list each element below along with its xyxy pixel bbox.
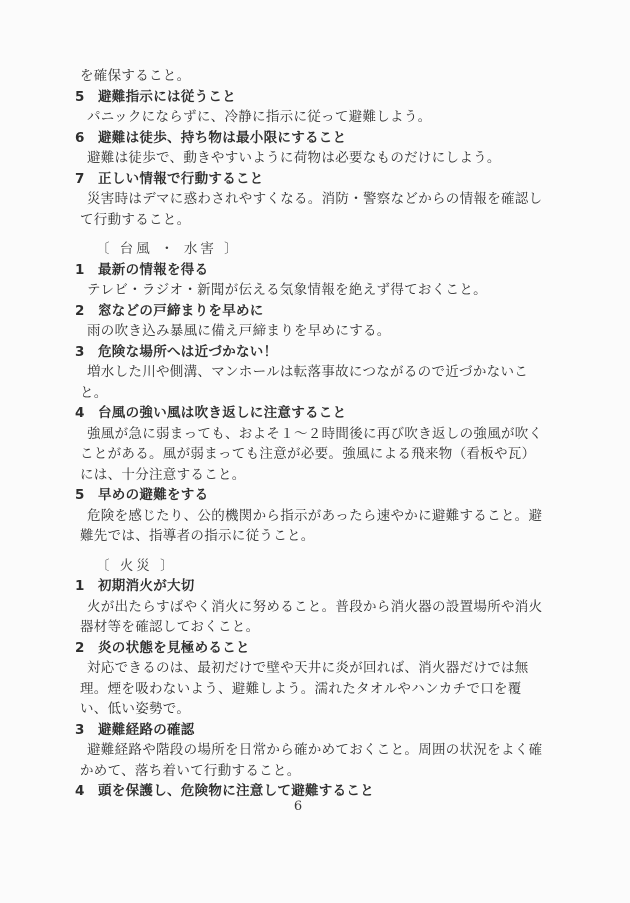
paragraph-first-line: 避難は徒歩で、動きやすいように荷物は必要なものだけにしよう。 <box>87 148 630 169</box>
list-item-title: 炎の状態を見極めること <box>98 640 250 656</box>
list-item-heading: 2炎の状態を見極めること <box>75 638 630 659</box>
list-item-title: 避難は徒歩、持ち物は最小限にすること <box>98 130 346 146</box>
list-item-title: 早めの避難をする <box>98 487 208 503</box>
list-item-title: 避難経路の確認 <box>98 722 195 738</box>
list-item-heading: 5避難指示には従うこと <box>75 87 630 108</box>
list-item-heading: 1最新の情報を得る <box>75 260 630 281</box>
list-item-heading: 4台風の強い風は吹き返しに注意すること <box>75 403 630 424</box>
list-item-number: 5 <box>75 87 98 108</box>
paragraph-first-line: 強風が急に弱まっても、およそ１～２時間後に再び吹き返しの強風が吹く <box>87 424 630 445</box>
list-item-heading: 7正しい情報で行動すること <box>75 169 630 190</box>
paragraph-first-line: テレビ・ラジオ・新聞が伝える気象情報を絶えず得ておくこと。 <box>87 280 630 301</box>
list-item-title: 避難指示には従うこと <box>98 89 236 105</box>
list-item-title: 危険な場所へは近づかない！ <box>98 344 277 360</box>
page-number: 6 <box>0 799 596 814</box>
list-item-title: 台風の強い風は吹き返しに注意すること <box>98 405 346 421</box>
list-item-heading: 1初期消火が大切 <box>75 576 630 597</box>
paragraph-continuation-line: て行動すること。 <box>80 210 630 231</box>
paragraph-first-line: 災害時はデマに惑わされやすくなる。消防・警察などからの情報を確認し <box>87 189 630 210</box>
paragraph-continuation-line: ことがある。風が弱まっても注意が必要。強風による飛来物（看板や瓦） <box>80 444 630 465</box>
paragraph-continuation-line: い、低い姿勢で。 <box>80 699 630 720</box>
list-item-heading: 3避難経路の確認 <box>75 720 630 741</box>
paragraph-continuation-line: 理。煙を吸わないよう、避難しよう。濡れたタオルやハンカチで口を覆 <box>80 679 630 700</box>
list-item-title: 正しい情報で行動すること <box>98 171 264 187</box>
list-item-number: 4 <box>75 403 98 424</box>
list-item-number: 2 <box>75 638 98 659</box>
paragraph-continuation-line: 器材等を確認しておくこと。 <box>80 617 630 638</box>
section-heading: 〔 台風 ・ 水害 〕 <box>96 239 630 260</box>
list-item-number: 6 <box>75 128 98 149</box>
paragraph-first-line: 対応できるのは、最初だけで壁や天井に炎が回れば、消火器だけでは無 <box>87 658 630 679</box>
paragraph-first-line: パニックにならずに、冷静に指示に従って避難しよう。 <box>87 107 630 128</box>
list-item-heading: 3危険な場所へは近づかない！ <box>75 342 630 363</box>
list-item-number: 1 <box>75 260 98 281</box>
list-item-heading: 5早めの避難をする <box>75 485 630 506</box>
document-content: を確保すること。5避難指示には従うことパニックにならずに、冷静に指示に従って避難… <box>0 0 630 802</box>
list-item-number: 5 <box>75 485 98 506</box>
list-item-number: 3 <box>75 342 98 363</box>
list-item-number: 2 <box>75 301 98 322</box>
list-item-title: 窓などの戸締まりを早めに <box>98 303 264 319</box>
document-page: を確保すること。5避難指示には従うことパニックにならずに、冷静に指示に従って避難… <box>0 0 630 903</box>
paragraph-first-line: 火が出たらすばやく消火に努めること。普段から消火器の設置場所や消火 <box>87 597 630 618</box>
paragraph-first-line: 危険を感じたり、公的機関から指示があったら速やかに避難すること。避 <box>87 506 630 527</box>
list-item-number: 1 <box>75 576 98 597</box>
list-item-title: 初期消火が大切 <box>98 578 195 594</box>
list-item-number: 7 <box>75 169 98 190</box>
paragraph-first-line: 雨の吹き込み暴風に備え戸締まりを早めにする。 <box>87 321 630 342</box>
list-item-title: 最新の情報を得る <box>98 262 208 278</box>
paragraph-first-line: 避難経路や階段の場所を日常から確かめておくこと。周囲の状況をよく確 <box>87 740 630 761</box>
paragraph-first-line: 増水した川や側溝、マンホールは転落事故につながるので近づかないこ <box>87 362 630 383</box>
list-item-heading: 6避難は徒歩、持ち物は最小限にすること <box>75 128 630 149</box>
paragraph-continuation-line: を確保すること。 <box>80 66 630 87</box>
paragraph-continuation-line: 難先では、指導者の指示に従うこと。 <box>80 526 630 547</box>
list-item-title: 頭を保護し、危険物に注意して避難すること <box>98 783 374 799</box>
paragraph-continuation-line: には、十分注意すること。 <box>80 465 630 486</box>
paragraph-continuation-line: かめて、落ち着いて行動すること。 <box>80 761 630 782</box>
section-heading: 〔 火災 〕 <box>96 556 630 577</box>
list-item-heading: 2窓などの戸締まりを早めに <box>75 301 630 322</box>
list-item-number: 3 <box>75 720 98 741</box>
paragraph-continuation-line: と。 <box>80 383 630 404</box>
